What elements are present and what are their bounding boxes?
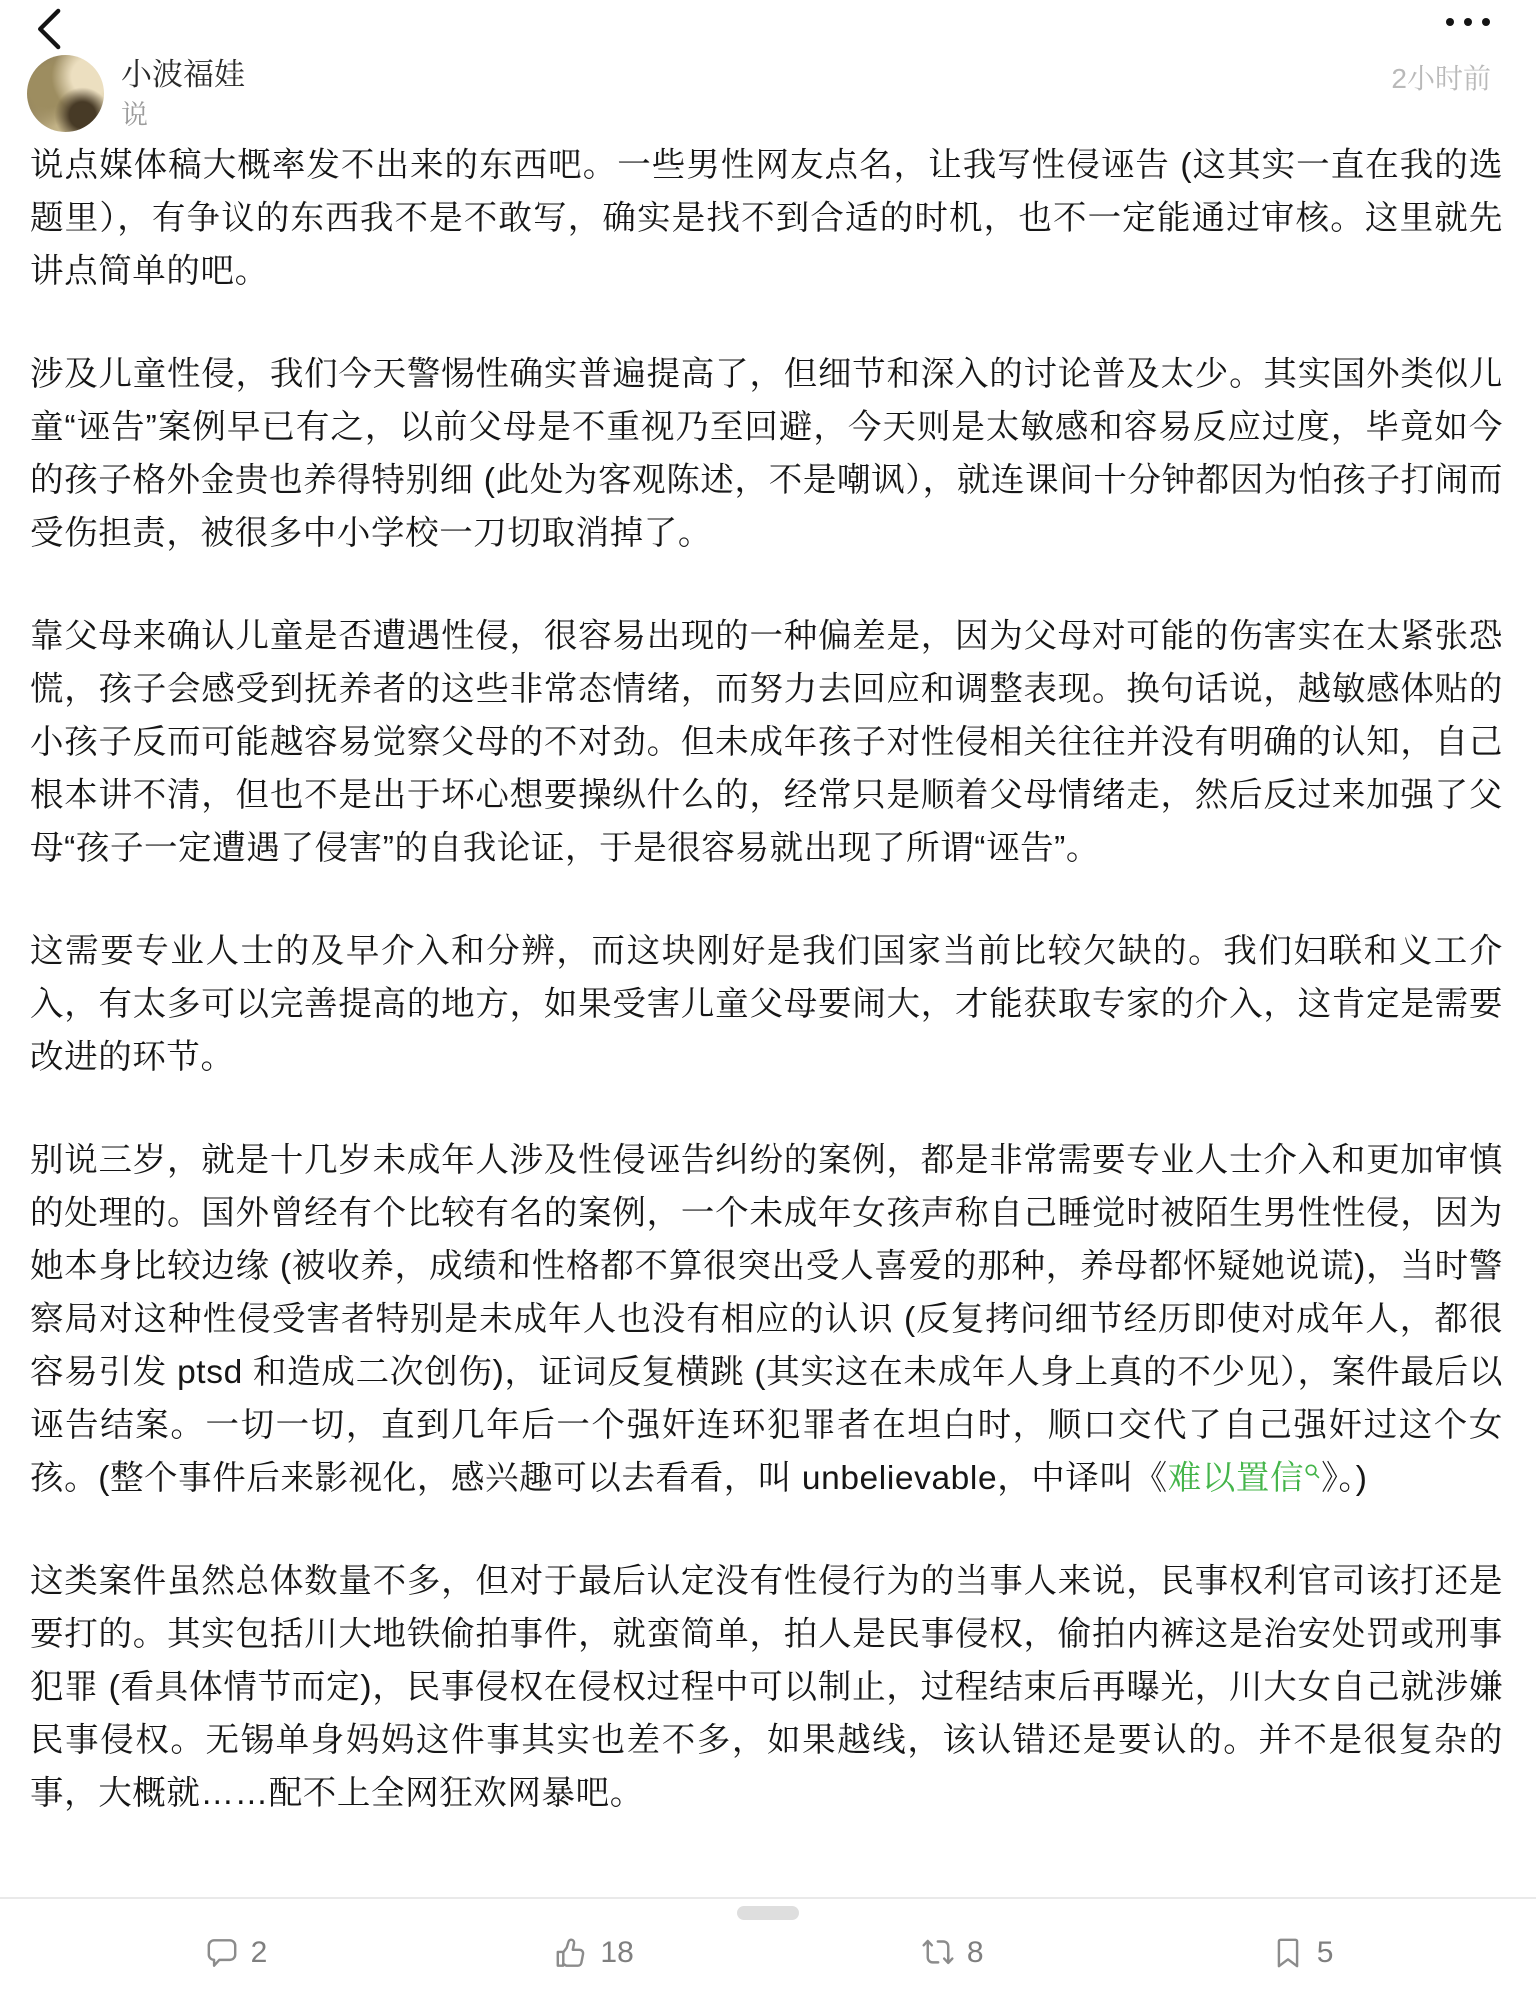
footer-divider — [0, 1897, 1536, 1899]
post-text: 这需要专业人士的及早介入和分辨，而这块刚好是我们国家当前比较欠缺的。我们妇联和义… — [30, 933, 1503, 1076]
post-text: 这类案件虽然总体数量不多，但对于最后认定没有性侵行为的当事人来说，民事权利官司该… — [30, 1563, 1503, 1812]
post-text: 》。) — [1321, 1460, 1367, 1497]
back-button[interactable] — [26, 6, 74, 54]
post-paragraph: 说点媒体稿大概率发不出来的东西吧。一些男性网友点名，让我写性侵诬告 (这其实一直… — [30, 139, 1503, 298]
repost-button[interactable]: 8 — [911, 1930, 992, 1976]
post-text: 说点媒体稿大概率发不出来的东西吧。一些男性网友点名，让我写性侵诬告 (这其实一直… — [30, 147, 1503, 290]
post-paragraph: 靠父母来确认儿童是否遭遇性侵，很容易出现的一种偏差是，因为父母对可能的伤害实在太… — [30, 610, 1503, 875]
post-text: 别说三岁，就是十几岁未成年人涉及性侵诬告纠纷的案例，都是非常需要专业人士介入和更… — [30, 1142, 1503, 1497]
post-paragraph: 别说三岁，就是十几岁未成年人涉及性侵诬告纠纷的案例，都是非常需要专业人士介入和更… — [30, 1134, 1503, 1505]
user-action-label: 说 — [121, 98, 245, 132]
comment-button[interactable]: 2 — [195, 1930, 276, 1976]
bookmark-icon — [1269, 1934, 1307, 1972]
post-detail-page: 小波福娃 说 2小时前 说点媒体稿大概率发不出来的东西吧。一些男性网友点名，让我… — [0, 0, 1536, 1991]
post-paragraph: 这类案件虽然总体数量不多，但对于最后认定没有性侵行为的当事人来说，民事权利官司该… — [30, 1555, 1503, 1820]
like-count: 18 — [600, 1936, 633, 1970]
repost-icon — [919, 1934, 957, 1972]
comment-count: 2 — [251, 1936, 268, 1970]
user-name[interactable]: 小波福娃 — [121, 56, 245, 94]
comment-icon — [203, 1934, 241, 1972]
post-paragraph: 这需要专业人士的及早介入和分辨，而这块刚好是我们国家当前比较欠缺的。我们妇联和义… — [30, 925, 1503, 1084]
thumbs-up-icon — [552, 1934, 590, 1972]
chevron-left-icon — [29, 40, 71, 55]
post-text: 靠父母来确认儿童是否遭遇性侵，很容易出现的一种偏差是，因为父母对可能的伤害实在太… — [30, 618, 1503, 867]
post-paragraph: 涉及儿童性侵，我们今天警惕性确实普遍提高了，但细节和深入的讨论普及太少。其实国外… — [30, 348, 1503, 560]
post-body: 说点媒体稿大概率发不出来的东西吧。一些男性网友点名，让我写性侵诬告 (这其实一直… — [30, 139, 1503, 1870]
bookmark-button[interactable]: 5 — [1261, 1930, 1342, 1976]
repost-count: 8 — [967, 1936, 984, 1970]
post-author-row: 小波福娃 说 — [27, 55, 245, 132]
bookmark-count: 5 — [1317, 1936, 1334, 1970]
more-button[interactable] — [1444, 12, 1492, 32]
post-text: 涉及儿童性侵，我们今天警惕性确实普遍提高了，但细节和深入的讨论普及太少。其实国外… — [30, 356, 1503, 552]
search-icon[interactable] — [1304, 1463, 1321, 1480]
action-bar: 21885 — [60, 1922, 1476, 1984]
movie-title-link[interactable]: 难以置信 — [1168, 1460, 1304, 1497]
ellipsis-icon — [1446, 18, 1490, 26]
avatar[interactable] — [27, 55, 104, 132]
like-button[interactable]: 18 — [544, 1930, 641, 1976]
post-timestamp: 2小时前 — [1391, 57, 1491, 97]
sheet-drag-handle[interactable] — [737, 1906, 799, 1920]
